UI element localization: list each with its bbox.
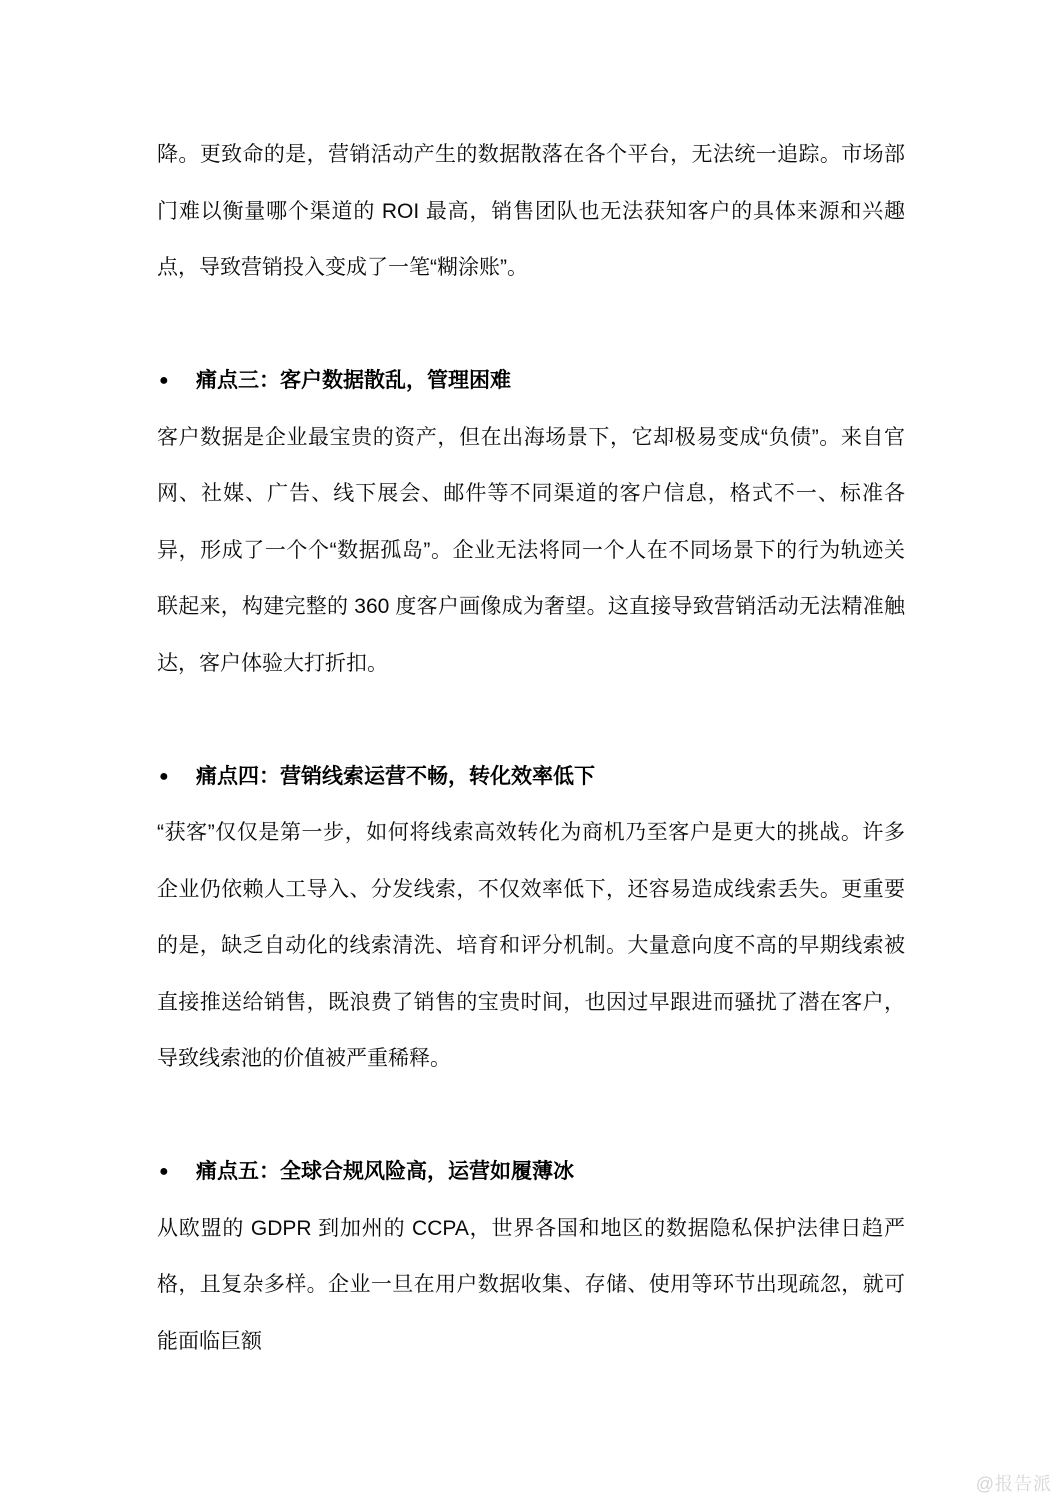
section-paragraph-pain-point-4: “获客”仅仅是第一步，如何将线索高效转化为商机乃至客户是更大的挑战。许多企业仍依… (157, 805, 905, 1088)
bullet-icon: ● (157, 353, 196, 410)
bullet-icon: ● (157, 749, 196, 806)
section-heading-text: 痛点四：营销线索运营不畅，转化效率低下 (196, 749, 905, 806)
bullet-icon: ● (157, 1144, 196, 1201)
section-heading-text: 痛点三：客户数据散乱，管理困难 (196, 353, 905, 410)
section-heading-pain-point-5: ● 痛点五：全球合规风险高，运营如履薄冰 (157, 1144, 905, 1201)
section-heading-text: 痛点五：全球合规风险高，运营如履薄冰 (196, 1144, 905, 1201)
section-paragraph-pain-point-5: 从欧盟的 GDPR 到加州的 CCPA，世界各国和地区的数据隐私保护法律日趋严格… (157, 1201, 905, 1371)
intro-paragraph: 降。更致命的是，营销活动产生的数据散落在各个平台，无法统一追踪。市场部门难以衡量… (157, 127, 905, 297)
section-heading-pain-point-4: ● 痛点四：营销线索运营不畅，转化效率低下 (157, 749, 905, 806)
section-heading-pain-point-3: ● 痛点三：客户数据散乱，管理困难 (157, 353, 905, 410)
document-content: 降。更致命的是，营销活动产生的数据散落在各个平台，无法统一追踪。市场部门难以衡量… (157, 127, 905, 1370)
watermark: @报告派 (976, 1470, 1052, 1496)
section-paragraph-pain-point-3: 客户数据是企业最宝贵的资产，但在出海场景下，它却极易变成“负债”。来自官网、社媒… (157, 410, 905, 693)
